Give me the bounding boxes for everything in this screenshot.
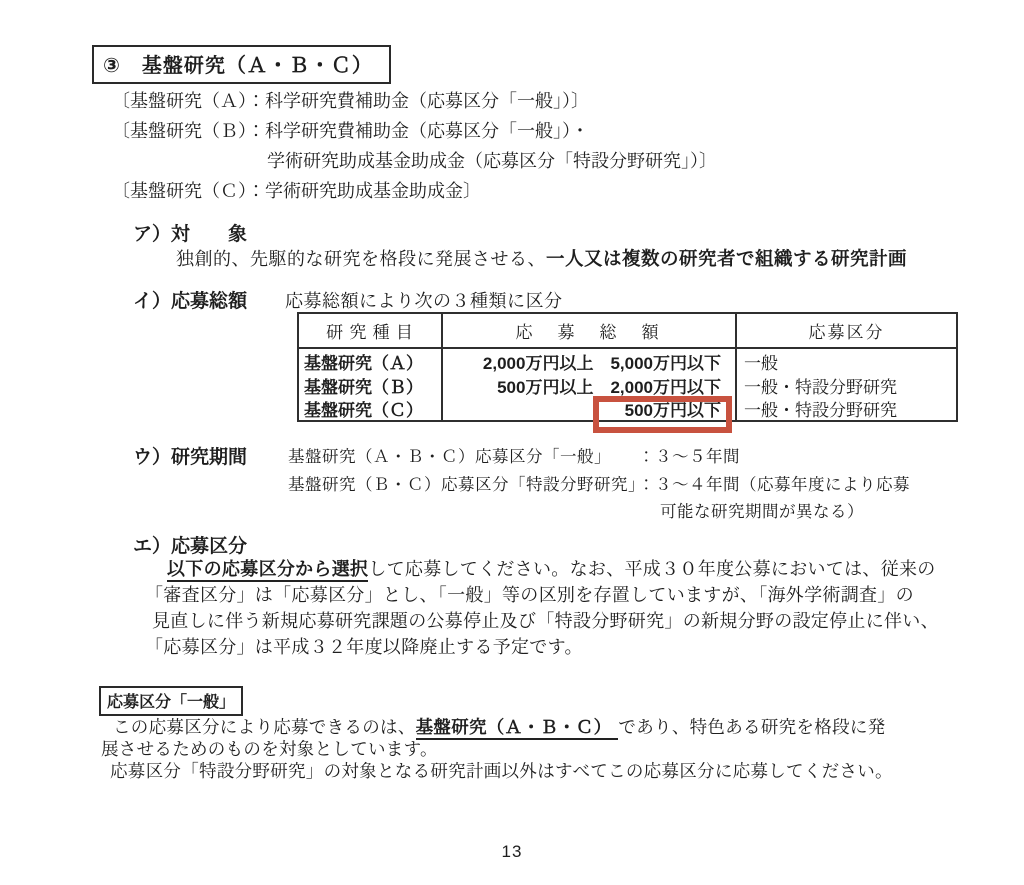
oubo-sougaku-intro: 応募総額により次の３種類に区分	[285, 291, 563, 311]
table-row-type: 基盤研究（Ｂ）	[299, 373, 443, 397]
bold-underline-text: 以下の応募区分から選択	[167, 559, 368, 582]
table-row-amount: 2,000万円以上 5,000万円以下	[443, 349, 737, 373]
kikan-line-right: ：３～５年間	[638, 447, 740, 466]
taishou-body: 独創的、先駆的な研究を格段に発展させる、一人又は複数の研究者で組織する研究計画	[176, 245, 907, 271]
label-kenkyuu-kikan: ウ）研究期間	[133, 442, 247, 469]
definition-line: 〔基盤研究（Ｃ）：学術研究助成基金助成金〕	[112, 176, 717, 206]
paragraph-line: この応募区分により応募できるのは、基盤研究（Ａ・Ｂ・Ｃ）であり、特色ある研究を格…	[113, 716, 893, 738]
paragraph-line: 応募区分「特設分野研究」の対象となる研究計画以外はすべてこの応募区分に応募してく…	[110, 760, 893, 782]
definition-line: 〔基盤研究（Ａ）：科学研究費補助金（応募区分「一般」）〕	[112, 86, 717, 116]
kikan-line: 基盤研究（Ａ・Ｂ・Ｃ）応募区分「一般」：３～５年間	[288, 443, 910, 471]
definition-line: 学術研究助成基金助成金（応募区分「特設分野研究」）〕	[267, 146, 717, 176]
kikan-line-left: 基盤研究（Ｂ・Ｃ）応募区分「特設分野研究」	[288, 471, 638, 499]
paragraph-text: この応募区分により応募できるのは、	[113, 717, 416, 737]
table-row-category: 一般・特設分野研究	[737, 397, 956, 420]
paragraph-text: であり、特色ある研究を格段に発	[618, 717, 885, 737]
paragraph-line: 以下の応募区分から選択して応募してください。なお、平成３０年度公募においては、従…	[167, 556, 939, 582]
table-row-category: 一般・特設分野研究	[737, 373, 956, 397]
table-header-amount: 応 募 総 額	[443, 314, 737, 349]
table-row-category: 一般	[737, 349, 956, 373]
grant-definition-list: 〔基盤研究（Ａ）：科学研究費補助金（応募区分「一般」）〕 〔基盤研究（Ｂ）：科学…	[112, 86, 717, 206]
kikan-line-left: 基盤研究（Ａ・Ｂ・Ｃ）応募区分「一般」	[288, 443, 638, 471]
table-row-amount: 500万円以上 2,000万円以下	[443, 373, 737, 397]
oubo-kubun-paragraph: 以下の応募区分から選択して応募してください。なお、平成３０年度公募においては、従…	[145, 556, 939, 660]
paragraph-line: 展させるためのものを対象としています。	[101, 738, 893, 760]
kenkyuu-kikan-content: 基盤研究（Ａ・Ｂ・Ｃ）応募区分「一般」：３～５年間 基盤研究（Ｂ・Ｃ）応募区分「…	[288, 443, 910, 526]
paragraph-line: 「応募区分」は平成３２年度以降廃止する予定です。	[145, 634, 939, 660]
kikan-line-continuation: 可能な研究期間が異なる）	[660, 498, 910, 526]
document-page: ③ 基盤研究（Ａ・Ｂ・Ｃ） 〔基盤研究（Ａ）：科学研究費補助金（応募区分「一般」…	[0, 0, 1024, 885]
label-taishou: ア）対 象	[133, 219, 247, 246]
page-number: 13	[0, 842, 1024, 862]
taishou-body-bold: 一人又は複数の研究者で組織する研究計画	[546, 248, 907, 269]
oubo-sougaku-row: イ）応募総額応募総額により次の３種類に区分	[133, 286, 563, 313]
label-oubo-sougaku: イ）応募総額	[133, 291, 247, 312]
ippan-heading-title: 応募区分「一般」	[107, 694, 235, 711]
paragraph-text: して応募してください。なお、平成３０年度公募においては、従来の	[368, 559, 935, 579]
kikan-line-right: ：３～４年間（応募年度により応募	[638, 475, 910, 494]
ippan-paragraph: この応募区分により応募できるのは、基盤研究（Ａ・Ｂ・Ｃ）であり、特色ある研究を格…	[101, 716, 893, 782]
grant-amount-table: 研 究 種 目 応 募 総 額 応募区分 基盤研究（Ａ） 2,000万円以上 5…	[297, 312, 958, 422]
table-row-type: 基盤研究（Ｃ）	[299, 397, 443, 420]
table-row-type: 基盤研究（Ａ）	[299, 349, 443, 373]
paragraph-line: 「審査区分」は「応募区分」とし、「一般」等の区別を存置していますが、「海外学術調…	[145, 582, 939, 608]
table-row-amount: 500万円以下	[443, 397, 737, 420]
label-oubo-kubun: エ）応募区分	[133, 531, 247, 558]
table-header-kind: 研 究 種 目	[299, 314, 443, 349]
taishou-body-normal: 独創的、先駆的な研究を格段に発展させる、	[176, 249, 546, 269]
ippan-heading-box: 応募区分「一般」	[99, 686, 243, 716]
bold-underline-text: 基盤研究（Ａ・Ｂ・Ｃ）	[416, 717, 619, 740]
definition-line: 〔基盤研究（Ｂ）：科学研究費補助金（応募区分「一般」）・	[112, 116, 717, 146]
section-heading-title: ③ 基盤研究（Ａ・Ｂ・Ｃ）	[103, 55, 373, 77]
table-header-category: 応募区分	[737, 314, 956, 349]
paragraph-line: 見直しに伴う新規応募研究課題の公募停止及び「特設分野研究」の新規分野の設定停止に…	[152, 608, 939, 634]
section-heading-box: ③ 基盤研究（Ａ・Ｂ・Ｃ）	[92, 45, 391, 84]
kikan-line: 基盤研究（Ｂ・Ｃ）応募区分「特設分野研究」：３～４年間（応募年度により応募	[288, 471, 910, 499]
